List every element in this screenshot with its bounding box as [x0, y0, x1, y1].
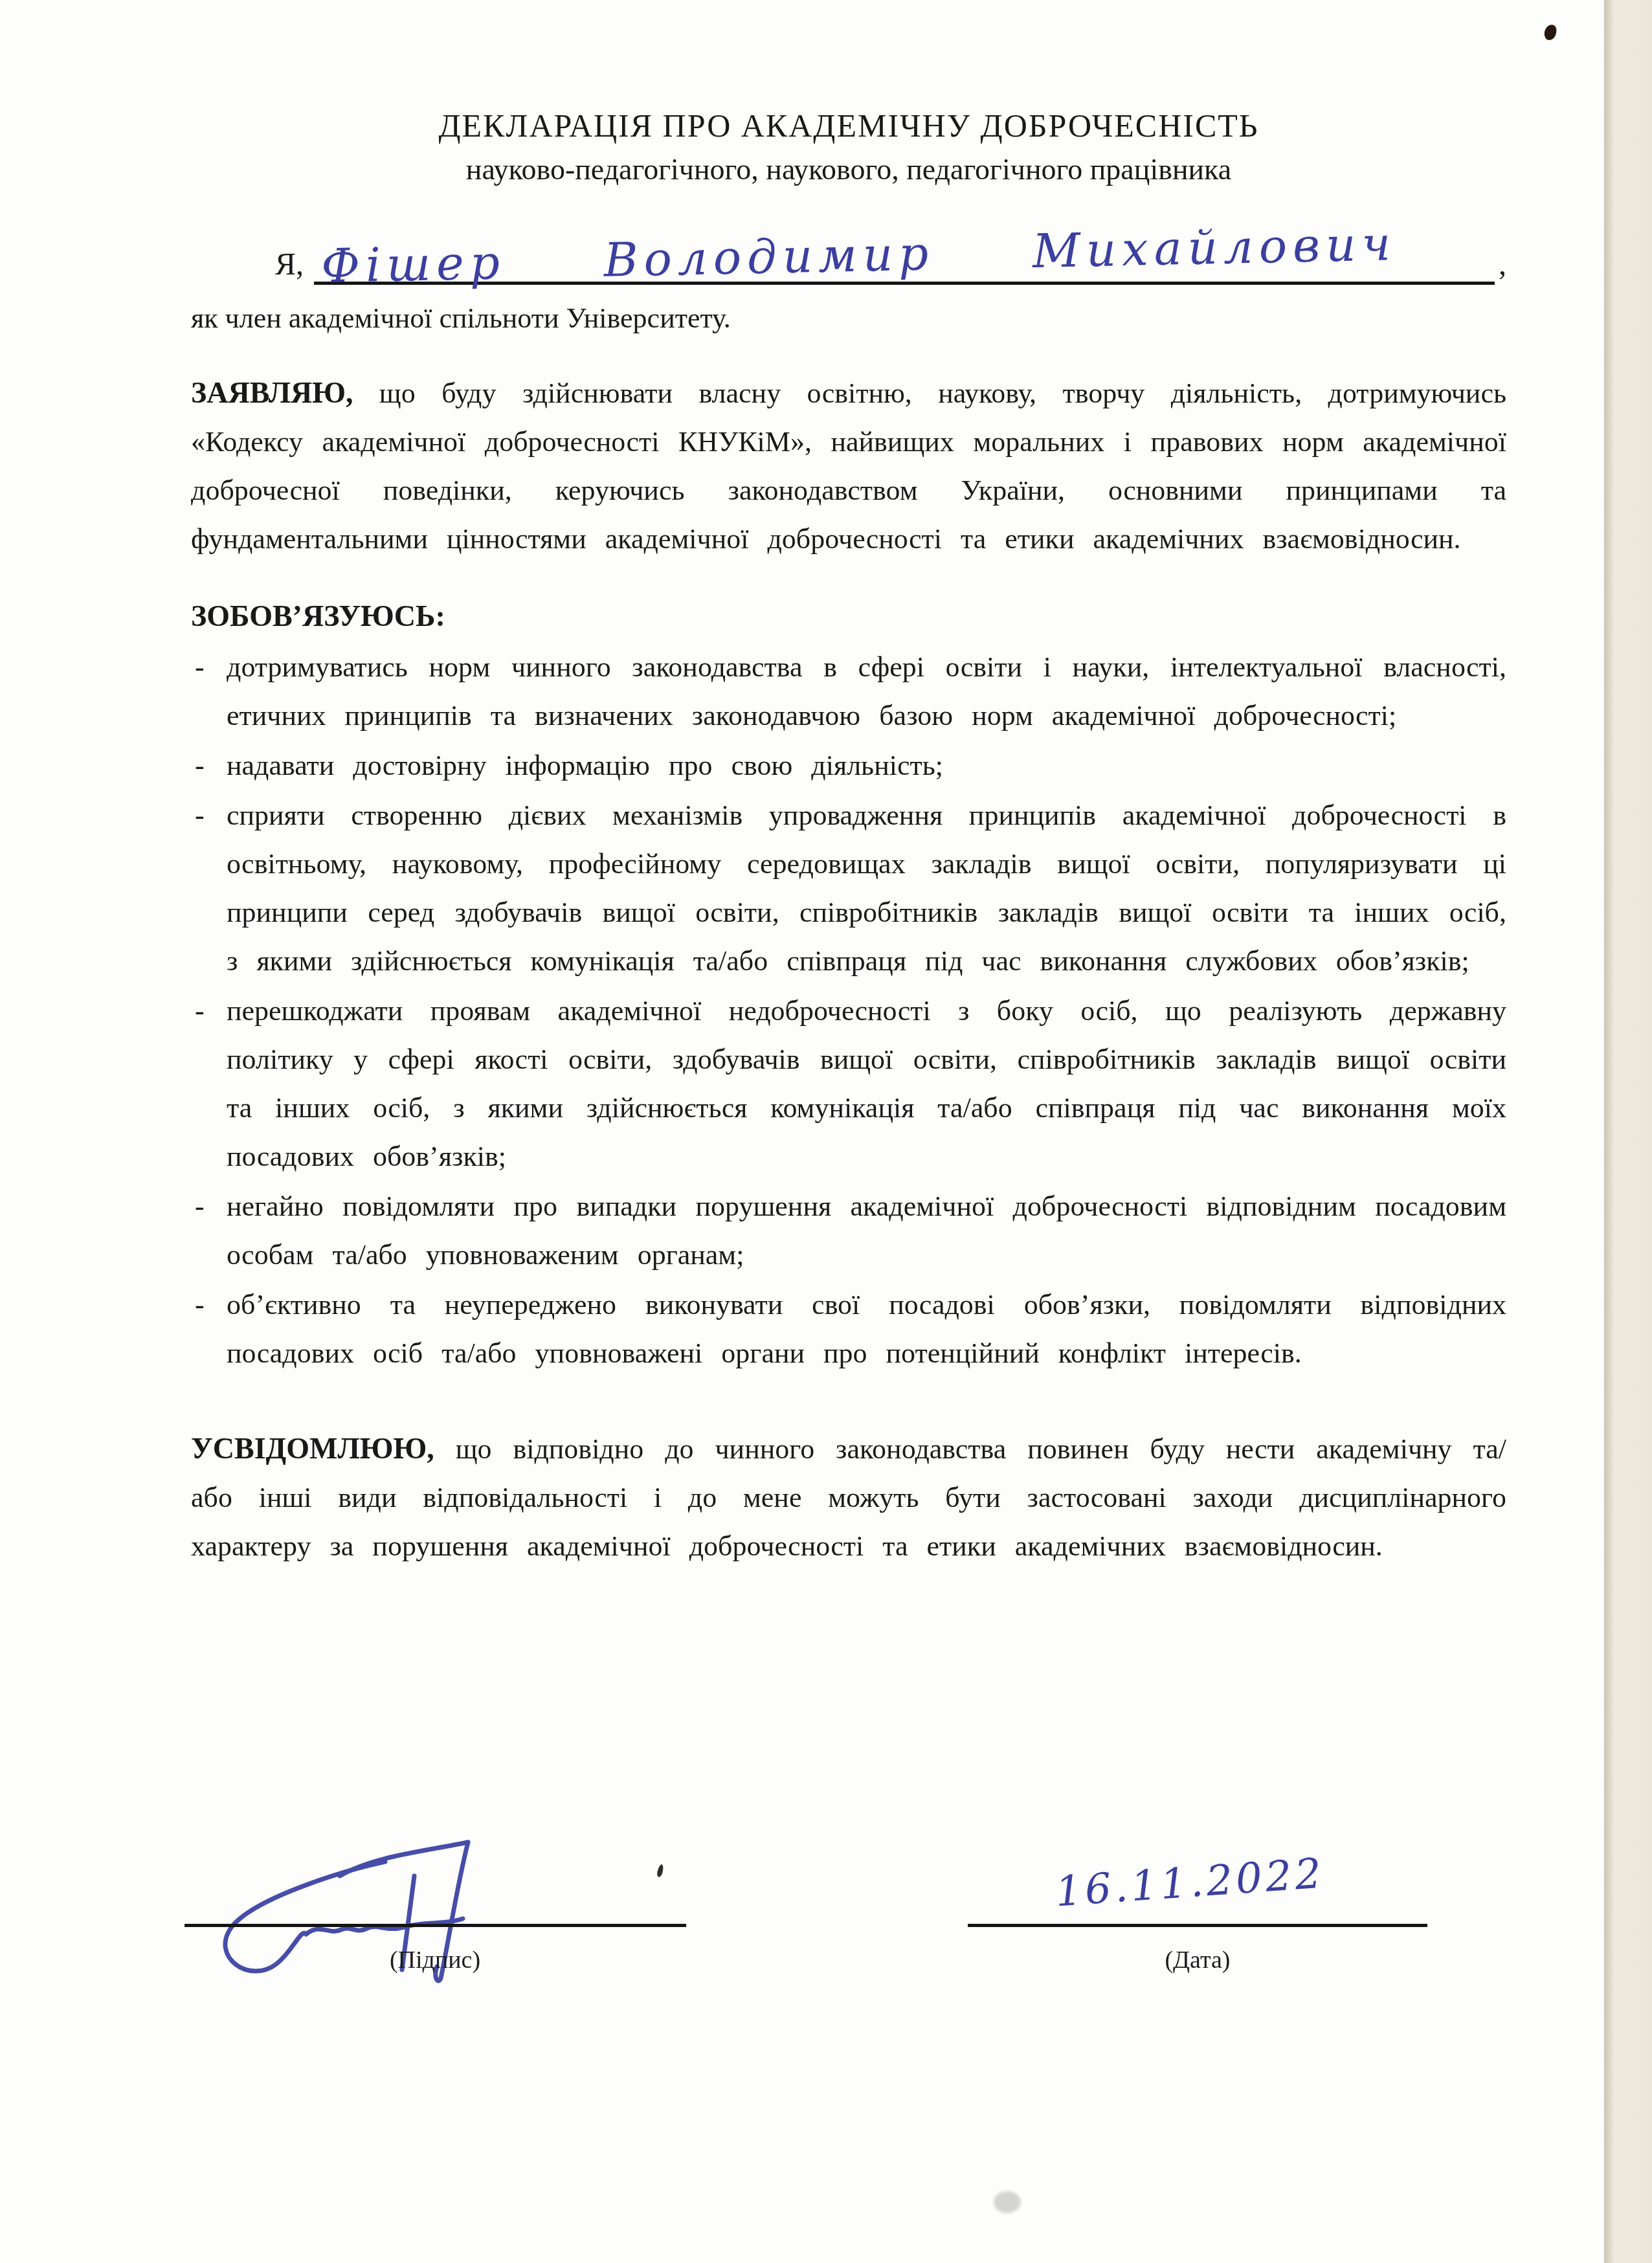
- list-item-text: негайно повідомляти про випадки порушенн…: [227, 1190, 1506, 1271]
- handwritten-date: 16.11.2022: [1054, 1850, 1326, 1917]
- declare-lead: ЗАЯВЛЯЮ,: [191, 376, 353, 409]
- dash-marker: -: [195, 1182, 205, 1231]
- intro-prefix: Я,: [275, 247, 314, 285]
- list-item-text: дотримуватись норм чинного законодавства…: [227, 651, 1506, 731]
- handwritten-name: Фішер Володимир Михайлович: [320, 216, 1397, 293]
- dash-marker: -: [195, 643, 205, 691]
- signature-handwriting: [191, 1837, 553, 1992]
- document-content: ДЕКЛАРАЦІЯ ПРО АКАДЕМІЧНУ ДОБРОЧЕСНІСТЬ …: [0, 107, 1652, 1570]
- declare-paragraph: ЗАЯВЛЯЮ, що буду здійснювати власну осві…: [191, 368, 1506, 563]
- list-item: -сприяти створенню дієвих механізмів упр…: [191, 791, 1506, 985]
- date-caption: (Дата): [1165, 1946, 1230, 1974]
- oblige-list: -дотримуватись норм чинного законодавств…: [191, 643, 1506, 1377]
- list-item: -надавати достовірну інформацію про свою…: [191, 741, 1506, 790]
- list-item: -перешкоджати проявам академічної недобр…: [191, 987, 1506, 1181]
- aware-paragraph: УСВІДОМЛЮЮ, що відповідно до чинного зак…: [191, 1424, 1506, 1570]
- trailing-comma: ,: [1495, 247, 1506, 285]
- list-item-text: об’єктивно та неупереджено виконувати св…: [227, 1289, 1506, 1369]
- list-item-text: сприяти створенню дієвих механізмів упро…: [227, 799, 1506, 977]
- name-blank-line: Фішер Володимир Михайлович: [314, 209, 1495, 285]
- signature-caption: (Підпис): [390, 1946, 480, 1974]
- list-item-text: надавати достовірну інформацію про свою …: [227, 750, 943, 781]
- list-item-text: перешкоджати проявам академічної недобро…: [227, 995, 1506, 1172]
- ink-tick-mark: [656, 1864, 665, 1877]
- list-item: -об’єктивно та неупереджено виконувати с…: [191, 1280, 1506, 1377]
- document-title: ДЕКЛАРАЦІЯ ПРО АКАДЕМІЧНУ ДОБРОЧЕСНІСТЬ: [191, 107, 1506, 144]
- document-subtitle: науково-педагогічного, наукового, педаго…: [191, 152, 1506, 187]
- gray-smudge: [994, 2191, 1021, 2213]
- list-item: -дотримуватись норм чинного законодавств…: [191, 643, 1506, 740]
- scanned-declaration-page: ДЕКЛАРАЦІЯ ПРО АКАДЕМІЧНУ ДОБРОЧЕСНІСТЬ …: [0, 0, 1652, 2263]
- scan-edge-shadow: [1604, 0, 1652, 2263]
- declare-body: що буду здійснювати власну освітню, наук…: [191, 377, 1506, 555]
- ink-blot: [1543, 24, 1557, 41]
- list-item: -негайно повідомляти про випадки порушен…: [191, 1182, 1506, 1279]
- aware-lead: УСВІДОМЛЮЮ,: [191, 1432, 434, 1465]
- dash-marker: -: [195, 741, 205, 790]
- name-fill-in-row: Я, Фішер Володимир Михайлович ,: [191, 209, 1506, 285]
- member-line: як член академічної спільноти Університе…: [191, 294, 1506, 342]
- dash-marker: -: [195, 1280, 205, 1329]
- date-line: [968, 1924, 1427, 1927]
- dash-marker: -: [195, 987, 205, 1035]
- signature-line: [184, 1924, 686, 1927]
- oblige-heading: ЗОБОВ’ЯЗУЮСЬ:: [191, 592, 1506, 640]
- dash-marker: -: [195, 791, 205, 840]
